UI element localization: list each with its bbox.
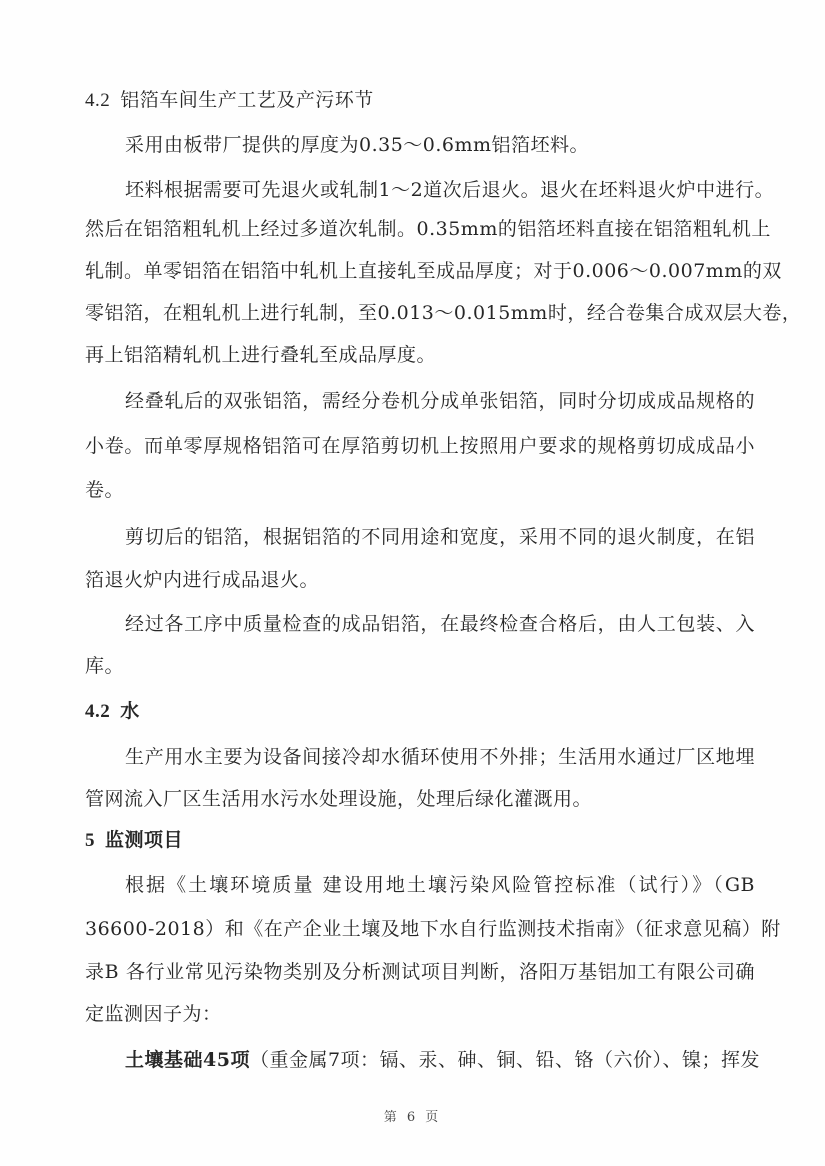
- paragraph-line: 轧制。单零铝箔在铝箔中轧机上直接轧至成品厚度；对于0.006～0.007mm的双: [85, 256, 755, 286]
- paragraph-line: 然后在铝箔粗轧机上经过多道次轧制。0.35mm的铝箔坯料直接在铝箔粗轧机上: [85, 214, 755, 244]
- paragraph-line: 录B 各行业常见污染物类别及分析测试项目判断，洛阳万基铝加工有限公司确: [85, 957, 755, 987]
- section-number: 5: [85, 830, 95, 851]
- paragraph-line: 经过各工序中质量检查的成品铝箔，在最终检查合格后，由人工包装、入: [125, 609, 755, 639]
- paragraph-line: 再上铝箔精轧机上进行叠轧至成品厚度。: [85, 340, 755, 370]
- bold-run: 土壤基础45项: [125, 1049, 250, 1071]
- document-page: 4.2铝箔车间生产工艺及产污环节 采用由板带厂提供的厚度为0.35～0.6mm铝…: [0, 0, 825, 1166]
- paragraph-line: 根据《土壤环境质量 建设用地土壤污染风险管控标准（试行）》（GB: [125, 870, 755, 900]
- section-title: 监测项目: [105, 829, 183, 851]
- paragraph-line: 卷。: [85, 475, 755, 505]
- page-number-footer: 第 6 页: [0, 1106, 825, 1125]
- paragraph-line: 坯料根据需要可先退火或轧制1～2道次后退火。退火在坯料退火炉中进行。: [125, 175, 755, 205]
- section-title: 铝箔车间生产工艺及产污环节: [120, 89, 374, 111]
- paragraph-line: 库。: [85, 651, 755, 681]
- paragraph-line: 小卷。而单零厚规格铝箔可在厚箔剪切机上按照用户要求的规格剪切成成品小: [85, 431, 755, 461]
- paragraph-line: 采用由板带厂提供的厚度为0.35～0.6mm铝箔坯料。: [125, 130, 755, 160]
- paragraph-line: 剪切后的铝箔，根据铝箔的不同用途和宽度，采用不同的退火制度，在铝: [125, 522, 755, 552]
- paragraph-line: 管网流入厂区生活用水污水处理设施，处理后绿化灌溉用。: [85, 784, 755, 814]
- paragraph-line: 生产用水主要为设备间接冷却水循环使用不外排；生活用水通过厂区地埋: [125, 742, 755, 772]
- paragraph-line: 36600-2018）和《在产企业土壤及地下水自行监测技术指南》（征求意见稿）附: [85, 914, 755, 944]
- section-title: 水: [120, 700, 140, 722]
- section-heading-4-2-process: 4.2铝箔车间生产工艺及产污环节: [85, 85, 755, 115]
- paragraph-line: 零铝箔，在粗轧机上进行轧制，至0.013～0.015mm时，经合卷集合成双层大卷…: [85, 298, 755, 328]
- section-heading-4-2-water: 4.2水: [85, 696, 755, 726]
- section-number: 4.2: [85, 701, 110, 722]
- paragraph-line-rich: 土壤基础45项（重金属7项：镉、汞、砷、铜、铅、铬（六价）、镍；挥发: [125, 1045, 755, 1075]
- section-heading-5-monitoring: 5监测项目: [85, 825, 755, 855]
- paragraph-line: 箔退火炉内进行成品退火。: [85, 565, 755, 595]
- paragraph-line: 经叠轧后的双张铝箔，需经分卷机分成单张铝箔，同时分切成成品规格的: [125, 386, 755, 416]
- paragraph-line: 定监测因子为：: [85, 999, 755, 1029]
- section-number: 4.2: [85, 90, 110, 111]
- normal-run: （重金属7项：镉、汞、砷、铜、铅、铬（六价）、镍；挥发: [250, 1049, 760, 1071]
